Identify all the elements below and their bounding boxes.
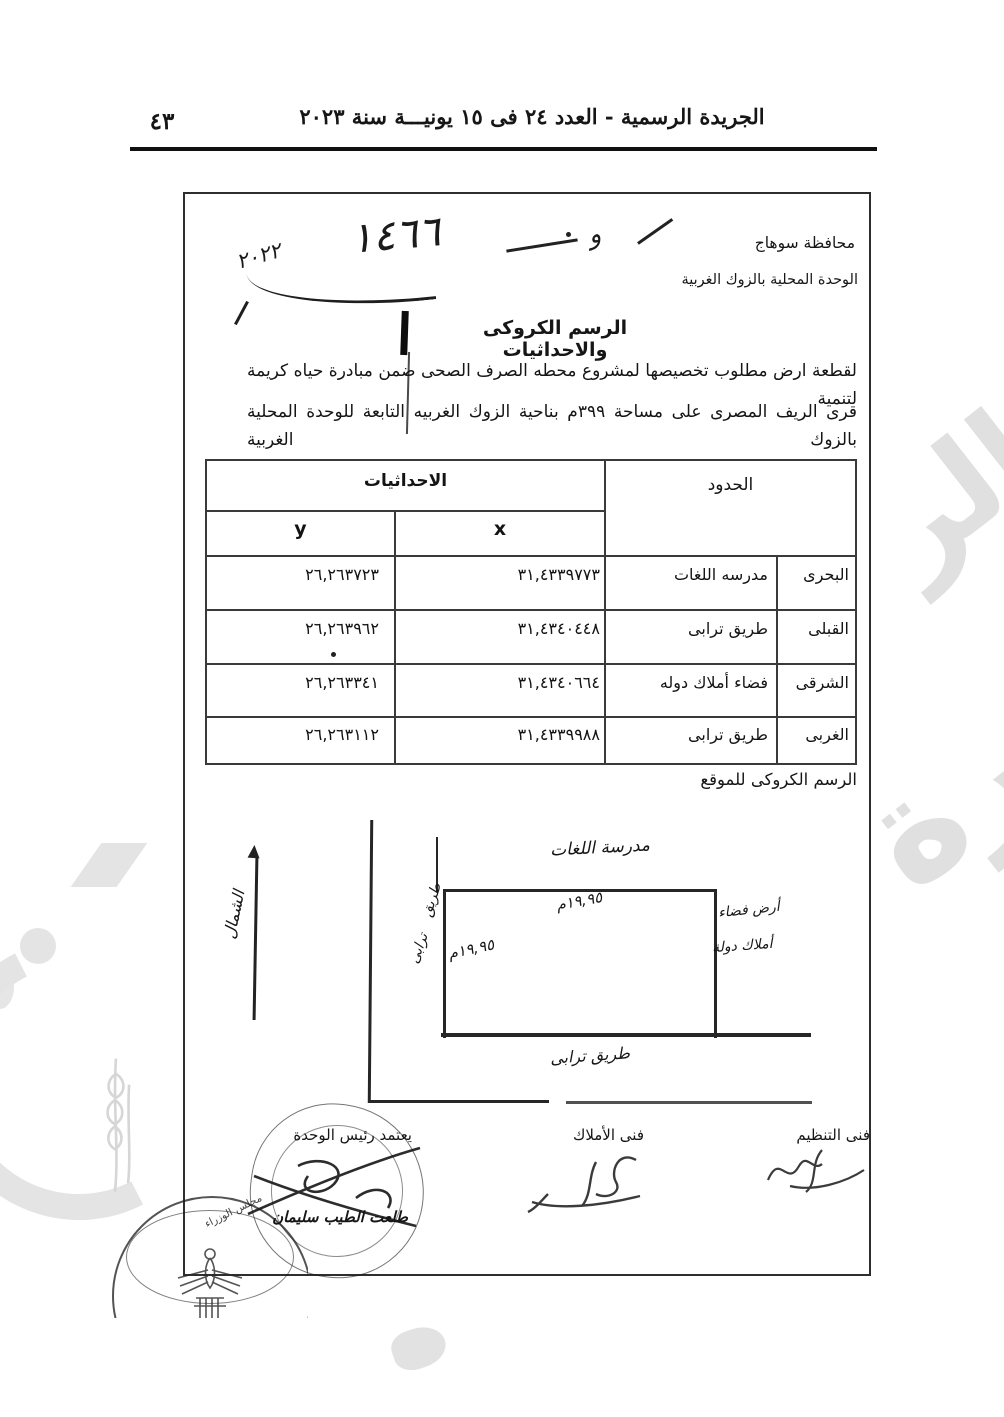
table-header-coordinates: الاحداثيات [207,471,604,491]
cell-x: ٣١,٤٣٣٩٧٧٣ [396,565,600,584]
letterhead-governorate: محافظة سوهاج [650,234,855,252]
cell-y: ٢٦,٢٦٣٣٤١ [207,673,379,692]
road-line-horizontal-2 [566,1101,812,1104]
page-number: ٤٣ [140,108,184,135]
watermark-diagonal-shape [71,843,148,887]
document-title: الرسم الكروكى والاحداثيات [430,317,680,361]
cell-y: ٢٦,٢٦٣٧٢٣ [207,565,379,584]
cell-boundary: فضاء أملاك دوله [606,673,768,692]
cell-direction: القبلى [778,619,849,638]
planning-tech-signature [760,1142,870,1197]
table-line [207,663,855,665]
table-line [207,609,855,611]
north-arrow-head-icon [248,845,261,859]
cell-boundary: مدرسه اللغات [606,565,768,584]
plot-rectangle [443,889,717,1038]
table-line [207,510,606,512]
table-line [207,716,855,718]
cell-x: ٣١,٤٣٤٠٤٤٨ [396,619,600,638]
coordinates-table: الاحداثيات الحدود y x ٢٦,٢٦٣٧٢٣ ٣١,٤٣٣٩٧… [205,459,857,765]
col-header-x: x [396,518,604,540]
stray-ink-dot [331,652,336,657]
table-header-boundaries: الحدود [606,475,855,495]
cell-direction: الشرقى [778,673,849,692]
col-header-y: y [207,518,394,540]
cell-x: ٣١,٤٣٤٠٦٦٤ [396,673,600,692]
cell-direction: الغربى [778,725,849,744]
cell-y: ٢٦,٢٦٣٩٦٢ [207,619,379,638]
body-text-line2: قرى الريف المصرى على مساحة ٣٩٩م بناحية ا… [247,398,857,454]
cell-direction: البحرى [778,565,849,584]
gazette-title: الجريدة الرسمية - العدد ٢٤ فى ١٥ يونيـــ… [252,104,812,129]
gazette-page: الر صورة ٤٣ الجريدة الرسمية - العدد ٢٤ ف… [0,0,1004,1417]
road-line-horizontal [369,1100,549,1103]
letterhead-unit: الوحدة المحلية بالزوك الغربية [608,272,858,288]
eagle-stamp: مجلس الوزراء [112,1196,308,1318]
property-tech-signature [518,1142,648,1217]
cell-y: ٢٦,٢٦٣١١٢ [207,725,379,744]
wheat-watermark-icon [80,1052,152,1194]
cell-boundary: طريق ترابى [606,619,768,638]
sketch-caption: الرسم الكروكى للموقع [642,770,857,789]
plot-bottom-line [441,1033,811,1037]
cell-x: ٣١,٤٣٣٩٩٨٨ [396,725,600,744]
eagle-icon [170,1240,250,1318]
header-rule [130,147,877,151]
table-line [207,555,855,557]
watermark-blob-shape [387,1321,451,1376]
cell-boundary: طريق ترابى [606,725,768,744]
pen-dot [566,232,571,237]
